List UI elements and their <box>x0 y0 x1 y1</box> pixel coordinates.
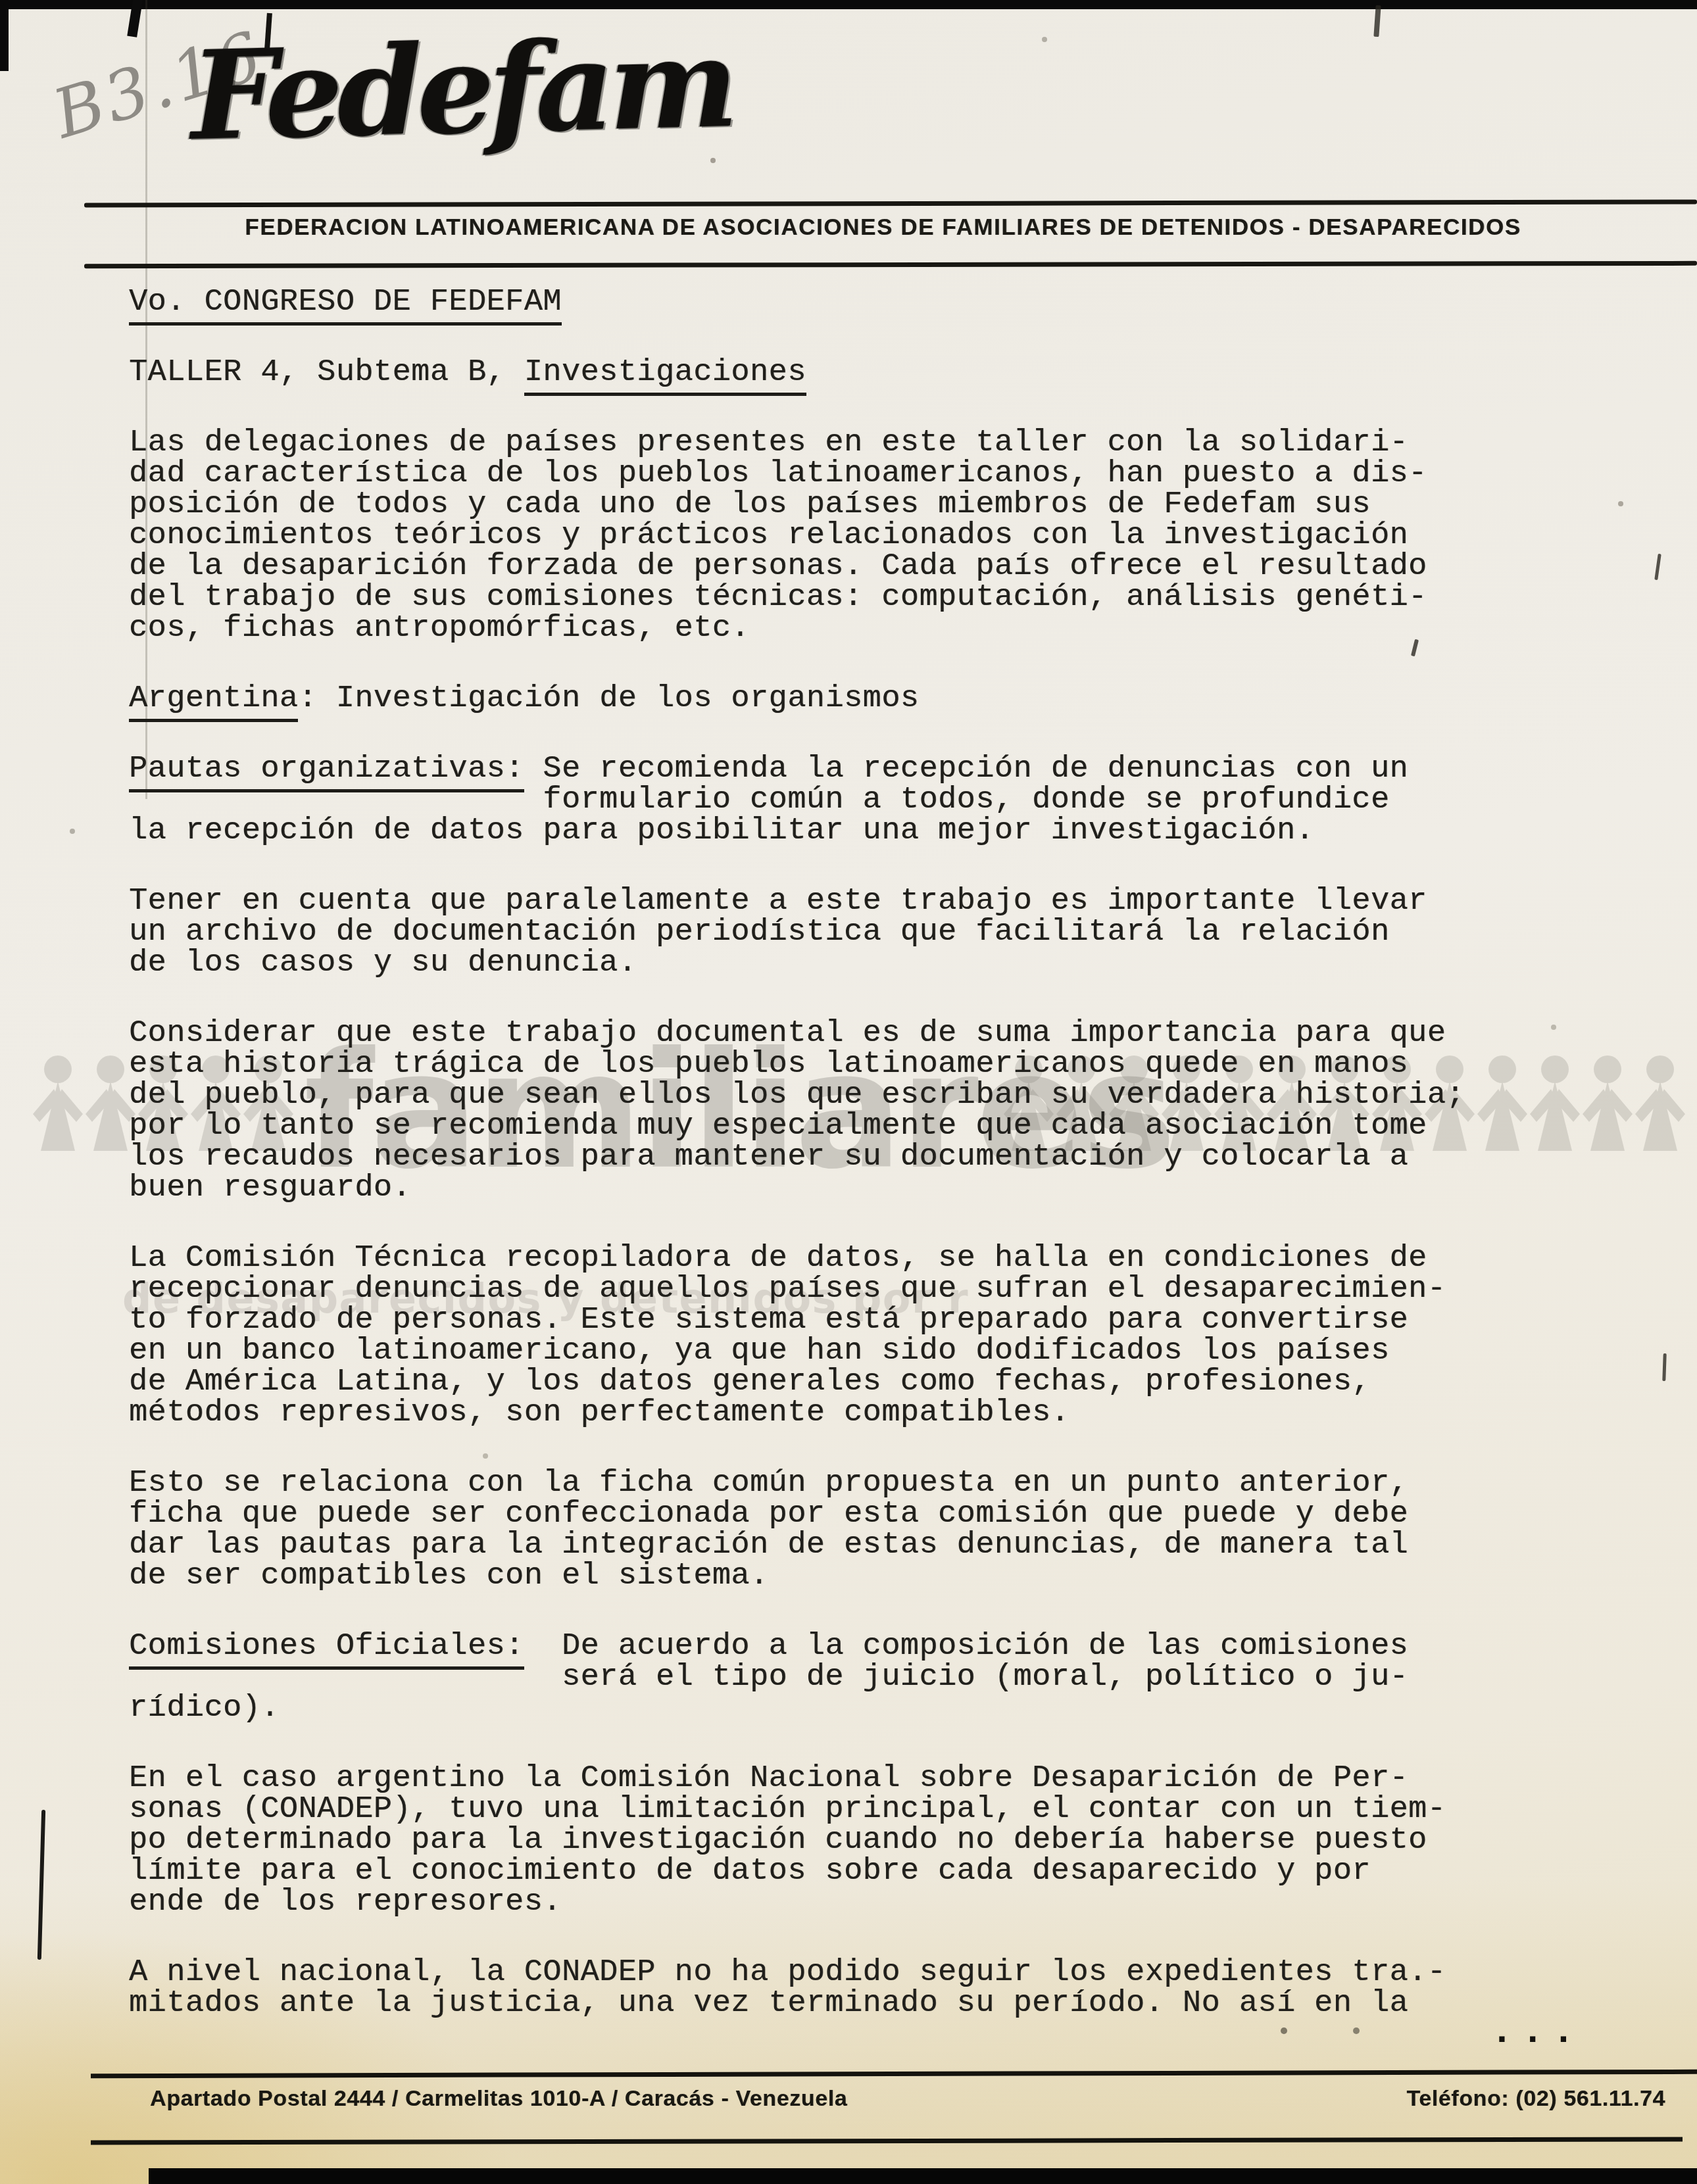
doc-line: Tener en cuenta que paralelamente a este… <box>129 886 1629 917</box>
text-segment: los recaudos necesarios para mantener su… <box>129 1140 1408 1175</box>
doc-line: cos, fichas antropomórficas, etc. <box>129 613 1629 644</box>
text-segment: métodos represivos, son perfectamente co… <box>129 1395 1070 1430</box>
paragraph-nivel-nacional: A nivel nacional, la CONADEP no ha podid… <box>129 1957 1629 2019</box>
letterhead-rule-top <box>84 199 1697 207</box>
text-segment: conocimientos teóricos y prácticos relac… <box>129 518 1408 553</box>
congress-title: Vo. CONGRESO DE FEDEFAM <box>129 287 1629 318</box>
paragraph-comisiones-oficiales: Comisiones Oficiales: De acuerdo a la co… <box>129 1631 1629 1724</box>
doc-line: por lo tanto se recomienda muy especialm… <box>129 1111 1629 1142</box>
footer-rule-top <box>91 2070 1697 2078</box>
text-segment: la recepción de datos para posibilitar u… <box>129 813 1314 848</box>
text-segment: De acuerdo a la composición de las comis… <box>524 1629 1408 1664</box>
dust-specks <box>0 0 3 3</box>
text-segment: Se recomienda la recepción de denuncias … <box>524 752 1408 787</box>
paragraph-considerar: Considerar que este trabajo documental e… <box>129 1018 1629 1203</box>
doc-line: Comisiones Oficiales: De acuerdo a la co… <box>129 1631 1629 1662</box>
paragraph-tener: Tener en cuenta que paralelamente a este… <box>129 886 1629 979</box>
doc-line: TALLER 4, Subtema B, Investigaciones <box>129 357 1629 388</box>
doc-line: de América Latina, y los datos generales… <box>129 1367 1629 1397</box>
text-segment: sonas (CONADEP), tuvo una limitación pri… <box>129 1792 1446 1827</box>
doc-line: la recepción de datos para posibilitar u… <box>129 815 1629 846</box>
doc-line: En el caso argentino la Comisión Naciona… <box>129 1763 1629 1794</box>
doc-line: un archivo de documentación periodística… <box>129 917 1629 948</box>
text-segment: recepcionar denuncias de aquellos países… <box>129 1272 1446 1307</box>
text-segment: de América Latina, y los datos generales… <box>129 1365 1371 1399</box>
paragraph-pautas: Pautas organizativas: Se recomienda la r… <box>129 754 1629 846</box>
doc-line: ficha que puede ser confeccionada por es… <box>129 1499 1629 1530</box>
doc-line: rídico). <box>129 1693 1629 1724</box>
text-segment: mitados ante la justicia, una vez termin… <box>129 1986 1408 2021</box>
text-segment: será el tipo de juicio (moral, político … <box>129 1660 1408 1695</box>
text-segment: un archivo de documentación periodística… <box>129 915 1390 950</box>
doc-line: A nivel nacional, la CONADEP no ha podid… <box>129 1957 1629 1988</box>
text-segment: por lo tanto se recomienda muy especialm… <box>129 1109 1427 1144</box>
text-segment: posición de todos y cada uno de los país… <box>129 487 1371 522</box>
doc-line: formulario común a todos, donde se profu… <box>129 785 1629 815</box>
text-segment: Tener en cuenta que paralelamente a este… <box>129 884 1427 919</box>
text-segment: buen resguardo. <box>129 1171 411 1205</box>
paragraph-comision-tecnica: La Comisión Técnica recopiladora de dato… <box>129 1243 1629 1428</box>
organization-name: FEDERACION LATINOAMERICANA DE ASOCIACION… <box>86 214 1681 241</box>
continuation-dots: ... <box>1490 2011 1583 2054</box>
doc-line: será el tipo de juicio (moral, político … <box>129 1662 1629 1693</box>
taller-subtitle: TALLER 4, Subtema B, Investigaciones <box>129 357 1629 388</box>
doc-line: Esto se relaciona con la ficha común pro… <box>129 1468 1629 1499</box>
doc-line: Las delegaciones de países presentes en … <box>129 427 1629 458</box>
doc-line: dad característica de los pueblos latino… <box>129 458 1629 489</box>
scan-edge-top <box>0 0 1697 9</box>
text-segment: del trabajo de sus comisiones técnicas: … <box>129 580 1427 615</box>
text-segment: Esto se relaciona con la ficha común pro… <box>129 1466 1408 1501</box>
underlined-text: Investigaciones <box>524 355 806 396</box>
text-segment: del pueblo, para que sean ellos los que … <box>129 1078 1465 1113</box>
text-segment: En el caso argentino la Comisión Naciona… <box>129 1761 1408 1796</box>
text-segment: Las delegaciones de países presentes en … <box>129 425 1408 460</box>
text-segment: dad característica de los pueblos latino… <box>129 456 1427 491</box>
doc-line: Pautas organizativas: Se recomienda la r… <box>129 754 1629 785</box>
paragraph-conadep: En el caso argentino la Comisión Naciona… <box>129 1763 1629 1918</box>
ink-mark <box>1373 5 1381 37</box>
text-segment: dar las pautas para la integración de es… <box>129 1528 1408 1563</box>
margin-pen-mark <box>37 1810 45 1960</box>
doc-line: po determinado para la investigación cua… <box>129 1825 1629 1856</box>
text-segment: en un banco latinoamericano, ya que han … <box>129 1334 1390 1369</box>
doc-line: en un banco latinoamericano, ya que han … <box>129 1336 1629 1367</box>
doc-line: de ser compatibles con el sistema. <box>129 1561 1629 1591</box>
text-segment: Considerar que este trabajo documental e… <box>129 1016 1446 1051</box>
doc-line: mitados ante la justicia, una vez termin… <box>129 1988 1629 2019</box>
doc-line: del pueblo, para que sean ellos los que … <box>129 1080 1629 1111</box>
doc-line: posición de todos y cada uno de los país… <box>129 489 1629 520</box>
doc-line: Argentina: Investigación de los organism… <box>129 683 1629 714</box>
doc-line: recepcionar denuncias de aquellos países… <box>129 1274 1629 1305</box>
text-segment: límite para el conocimiento de datos sob… <box>129 1854 1371 1889</box>
text-segment: ende de los represores. <box>129 1885 562 1920</box>
doc-line: to forzado de personas. Este sistema est… <box>129 1305 1629 1336</box>
scan-edge-bottom <box>149 2168 1697 2184</box>
text-segment: : Investigación de los organismos <box>298 681 919 716</box>
underlined-text: Argentina <box>129 681 298 722</box>
doc-line: conocimientos teóricos y prácticos relac… <box>129 520 1629 551</box>
ink-mark <box>1654 554 1661 580</box>
text-segment: rídico). <box>129 1691 280 1726</box>
doc-line: buen resguardo. <box>129 1173 1629 1203</box>
paragraph-ficha: Esto se relaciona con la ficha común pro… <box>129 1468 1629 1591</box>
text-segment: de ser compatibles con el sistema. <box>129 1559 769 1593</box>
text-segment: TALLER 4, Subtema B, <box>129 355 524 390</box>
letterhead-rule-bottom <box>84 261 1697 268</box>
doc-line: de la desaparición forzada de personas. … <box>129 551 1629 582</box>
doc-line: del trabajo de sus comisiones técnicas: … <box>129 582 1629 613</box>
doc-line: dar las pautas para la integración de es… <box>129 1530 1629 1561</box>
underlined-text: Vo. CONGRESO DE FEDEFAM <box>129 285 562 326</box>
text-segment: A nivel nacional, la CONADEP no ha podid… <box>129 1955 1446 1990</box>
footer: Apartado Postal 2444 / Carmelitas 1010-A… <box>150 2086 1665 2112</box>
text-segment: de los casos y su denuncia. <box>129 946 637 981</box>
scanned-page: familiares de desaparecidos y detenidos … <box>0 0 1697 2184</box>
heading-argentina: Argentina: Investigación de los organism… <box>129 683 1629 714</box>
scan-edge-left <box>0 0 9 71</box>
footer-phone: Teléfono: (02) 561.11.74 <box>1406 2086 1665 2112</box>
doc-line: Vo. CONGRESO DE FEDEFAM <box>129 287 1629 318</box>
doc-line: Considerar que este trabajo documental e… <box>129 1018 1629 1049</box>
text-segment: La Comisión Técnica recopiladora de dato… <box>129 1241 1427 1276</box>
doc-line: límite para el conocimiento de datos sob… <box>129 1856 1629 1887</box>
text-segment: to forzado de personas. Este sistema est… <box>129 1303 1408 1338</box>
doc-body: Vo. CONGRESO DE FEDEFAMTALLER 4, Subtema… <box>129 287 1629 2058</box>
doc-line: sonas (CONADEP), tuvo una limitación pri… <box>129 1794 1629 1825</box>
doc-line: los recaudos necesarios para mantener su… <box>129 1142 1629 1173</box>
paragraph-delegaciones: Las delegaciones de países presentes en … <box>129 427 1629 644</box>
text-segment: ficha que puede ser confeccionada por es… <box>129 1497 1408 1532</box>
text-segment: po determinado para la investigación cua… <box>129 1823 1427 1858</box>
doc-line: métodos represivos, son perfectamente co… <box>129 1397 1629 1428</box>
text-segment: cos, fichas antropomórficas, etc. <box>129 611 750 646</box>
doc-line: esta historia trágica de los pueblos lat… <box>129 1049 1629 1080</box>
doc-line: de los casos y su denuncia. <box>129 948 1629 979</box>
doc-line: ende de los represores. <box>129 1887 1629 1918</box>
ink-mark <box>1662 1353 1666 1381</box>
text-segment: esta historia trágica de los pueblos lat… <box>129 1047 1408 1082</box>
text-segment: formulario común a todos, donde se profu… <box>129 783 1390 817</box>
text-segment: de la desaparición forzada de personas. … <box>129 549 1427 584</box>
doc-line: La Comisión Técnica recopiladora de dato… <box>129 1243 1629 1274</box>
footer-address: Apartado Postal 2444 / Carmelitas 1010-A… <box>150 2086 847 2112</box>
footer-rule-bottom <box>91 2137 1683 2145</box>
